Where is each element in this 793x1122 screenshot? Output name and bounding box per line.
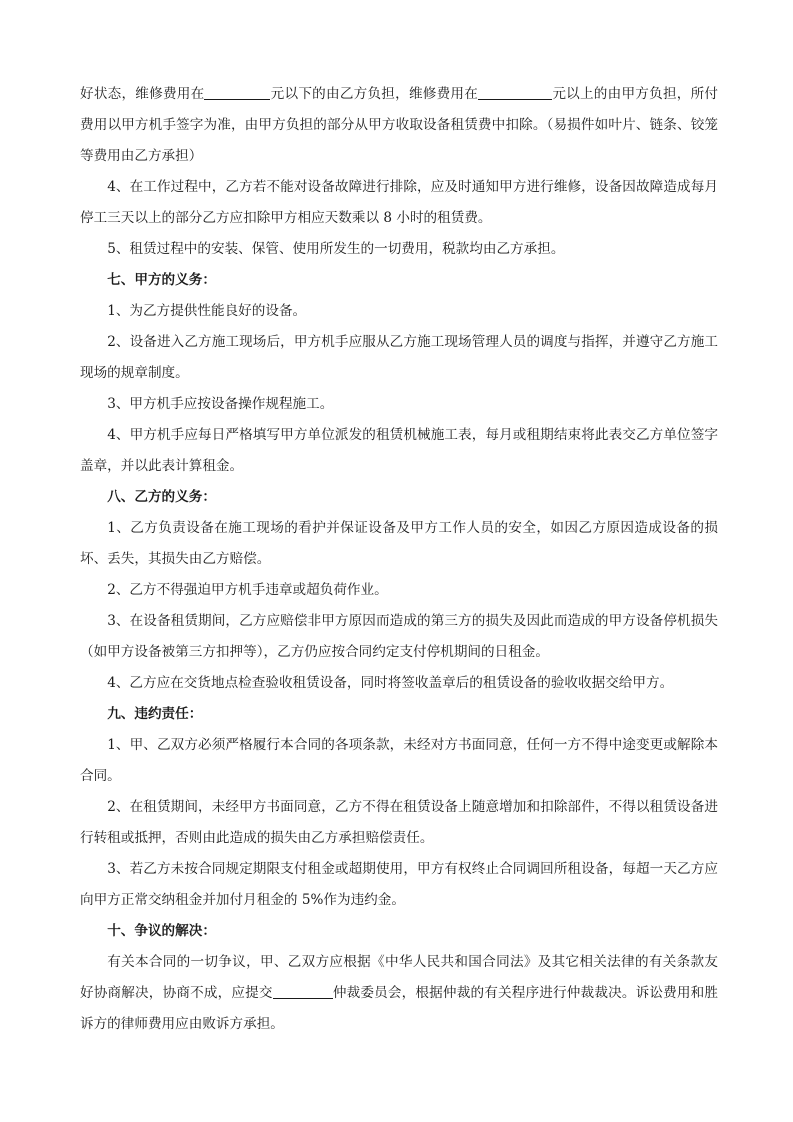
text: 元以下的由乙方负担，维修费用在 [270, 86, 478, 102]
section-heading-8: 八、乙方的义务： [80, 482, 718, 513]
clause-7-3: 3、甲方机手应按设备操作规程施工。 [80, 389, 718, 420]
clause-9-3: 3、若乙方未按合同规定期限支付租金或超期使用，甲方有权终止合同调回所租设备，每超… [80, 854, 718, 916]
clause-8-3: 3、在设备租赁期间，乙方应赔偿非甲方原因而造成的第三方的损失及因此而造成的甲方设… [80, 606, 718, 668]
clause-10: 有关本合同的一切争议，甲、乙双方应根据《中华人民共和国合同法》及其它相关法律的有… [80, 947, 718, 1040]
blank-field-arbitration-body[interactable] [273, 984, 333, 999]
section-heading-10: 十、争议的解决： [80, 916, 718, 947]
clause-7-1: 1、为乙方提供性能良好的设备。 [80, 296, 718, 327]
clause-6-4: 4、在工作过程中，乙方若不能对设备故障进行排除，应及时通知甲方进行维修，设备因故… [80, 172, 718, 234]
clause-9-2: 2、在租赁期间，未经甲方书面同意，乙方不得在租赁设备上随意增加和扣除部件，不得以… [80, 792, 718, 854]
clause-8-4: 4、乙方应在交货地点检查验收租赁设备，同时将签收盖章后的租赁设备的验收收据交给甲… [80, 668, 718, 699]
blank-field-amount-below[interactable] [204, 85, 270, 100]
clause-9-1: 1、甲、乙双方必须严格履行本合同的各项条款，未经对方书面同意，任何一方不得中途变… [80, 730, 718, 792]
text: 好状态，维修费用在 [80, 86, 204, 102]
clause-8-2: 2、乙方不得强迫甲方机手违章或超负荷作业。 [80, 575, 718, 606]
clause-7-4: 4、甲方机手应每日严格填写甲方单位派发的租赁机械施工表，每月或租期结束将此表交乙… [80, 420, 718, 482]
clause-7-2: 2、设备进入乙方施工现场后，甲方机手应服从乙方施工现场管理人员的调度与指挥，并遵… [80, 327, 718, 389]
clause-8-1: 1、乙方负责设备在施工现场的看护并保证设备及甲方工作人员的安全，如因乙方原因造成… [80, 513, 718, 575]
section-heading-7: 七、甲方的义务： [80, 265, 718, 296]
document-page: 好状态，维修费用在元以下的由乙方负担，维修费用在元以上的由甲方负担，所付费用以甲… [80, 79, 718, 1040]
section-heading-9: 九、违约责任： [80, 699, 718, 730]
blank-field-amount-above[interactable] [478, 85, 552, 100]
clause-6-5: 5、租赁过程中的安装、保管、使用所发生的一切费用，税款均由乙方承担。 [80, 234, 718, 265]
paragraph-continuation: 好状态，维修费用在元以下的由乙方负担，维修费用在元以上的由甲方负担，所付费用以甲… [80, 79, 718, 172]
